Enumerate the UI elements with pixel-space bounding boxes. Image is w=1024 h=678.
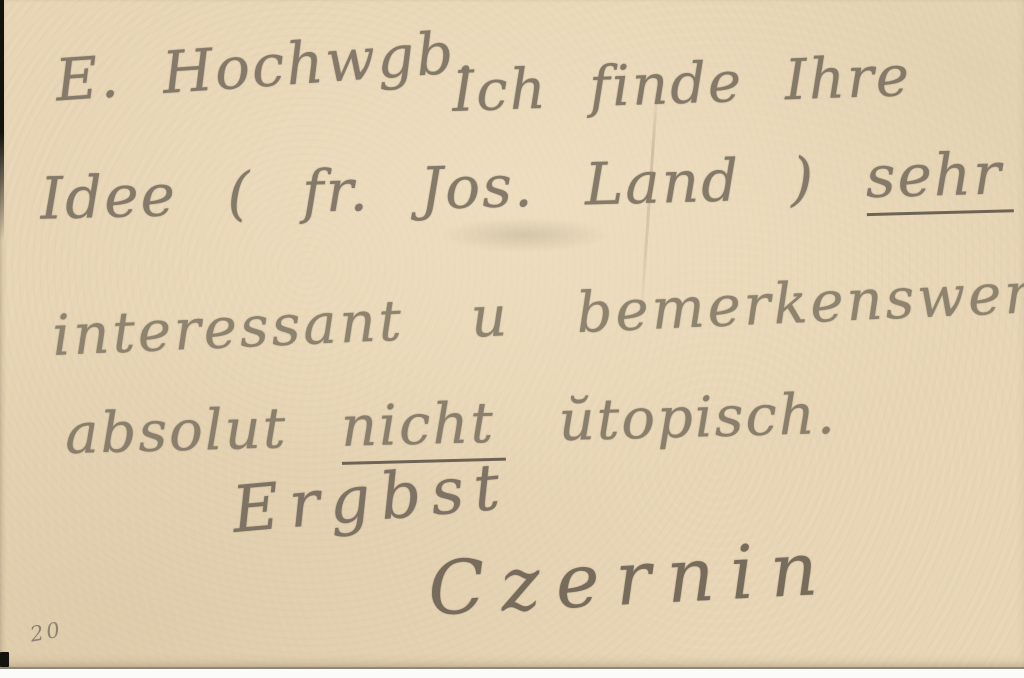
body-line-1: Ich finde Ihre <box>451 44 912 125</box>
page-number-annotation: 20 <box>28 617 64 646</box>
body-line-2-text: Idee ( fr. Jos. Land ) <box>39 144 816 232</box>
salutation-abbreviation: E. Hochwgb. <box>53 17 478 114</box>
postcard-paper: E. Hochwgb. Ich finde Ihre Idee ( fr. Jo… <box>0 0 1024 667</box>
underlined-word-sehr: sehr <box>865 139 1014 216</box>
scan-edge-left <box>0 0 4 240</box>
body-line-4-text: absolut <box>64 396 288 467</box>
signature: Czernin <box>426 525 836 632</box>
body-line-4-end: ŭtopisch. <box>558 382 838 454</box>
closing-flourish: Ergbst <box>229 450 512 548</box>
paper-smudge <box>440 218 610 252</box>
body-line-3: interessant u bemerkenswert <box>51 260 1024 369</box>
scan-corner-mark <box>0 652 9 667</box>
postcard-scan: E. Hochwgb. Ich finde Ihre Idee ( fr. Jo… <box>0 0 1024 678</box>
scanner-background <box>0 667 1024 678</box>
